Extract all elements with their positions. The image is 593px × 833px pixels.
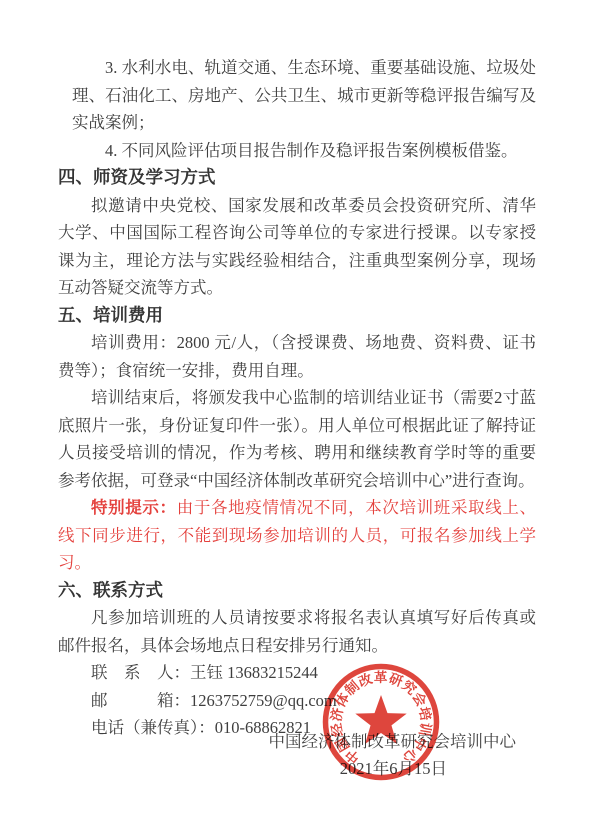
section6-paragraph: 凡参加培训班的人员请按要求将报名表认真填写好后传真或邮件报名，具体会场地点日程安… (58, 604, 536, 659)
fee-paragraph: 培训费用：2800 元/人，（含授课费、场地费、资料费、证书费等）；食宿统一安排… (58, 329, 536, 384)
special-notice: 特别提示：由于各地疫情情况不同，本次培训班采取线上、线下同步进行，不能到现场参加… (58, 494, 536, 577)
certificate-paragraph: 培训结束后，将颁发我中心监制的培训结业证书（需要2寸蓝底照片一张，身份证复印件一… (58, 384, 536, 494)
section-heading-4: 四、师资及学习方式 (58, 164, 536, 192)
section4-paragraph: 拟邀请中央党校、国家发展和改革委员会投资研究所、清华大学、中国国际工程咨询公司等… (58, 192, 536, 302)
document-content: 3. 水利水电、轨道交通、生态环境、重要基础设施、垃圾处理、石油化工、房地产、公… (58, 54, 536, 783)
date-line: 2021年6月15日 (58, 755, 536, 783)
document-page: 3. 水利水电、轨道交通、生态环境、重要基础设施、垃圾处理、石油化工、房地产、公… (0, 0, 593, 833)
list-item-4: 4. 不同风险评估项目报告制作及稳评报告案例模板借鉴。 (58, 137, 536, 165)
section-heading-5: 五、培训费用 (58, 302, 536, 330)
list-item-3: 3. 水利水电、轨道交通、生态环境、重要基础设施、垃圾处理、石油化工、房地产、公… (58, 54, 536, 137)
contact-person-line: 联 系 人：王钰 13683215244 (91, 659, 536, 687)
special-notice-label: 特别提示： (91, 498, 177, 517)
contact-email-line: 邮 箱：1263752759@qq.com (91, 687, 536, 715)
section-heading-6: 六、联系方式 (58, 577, 536, 605)
